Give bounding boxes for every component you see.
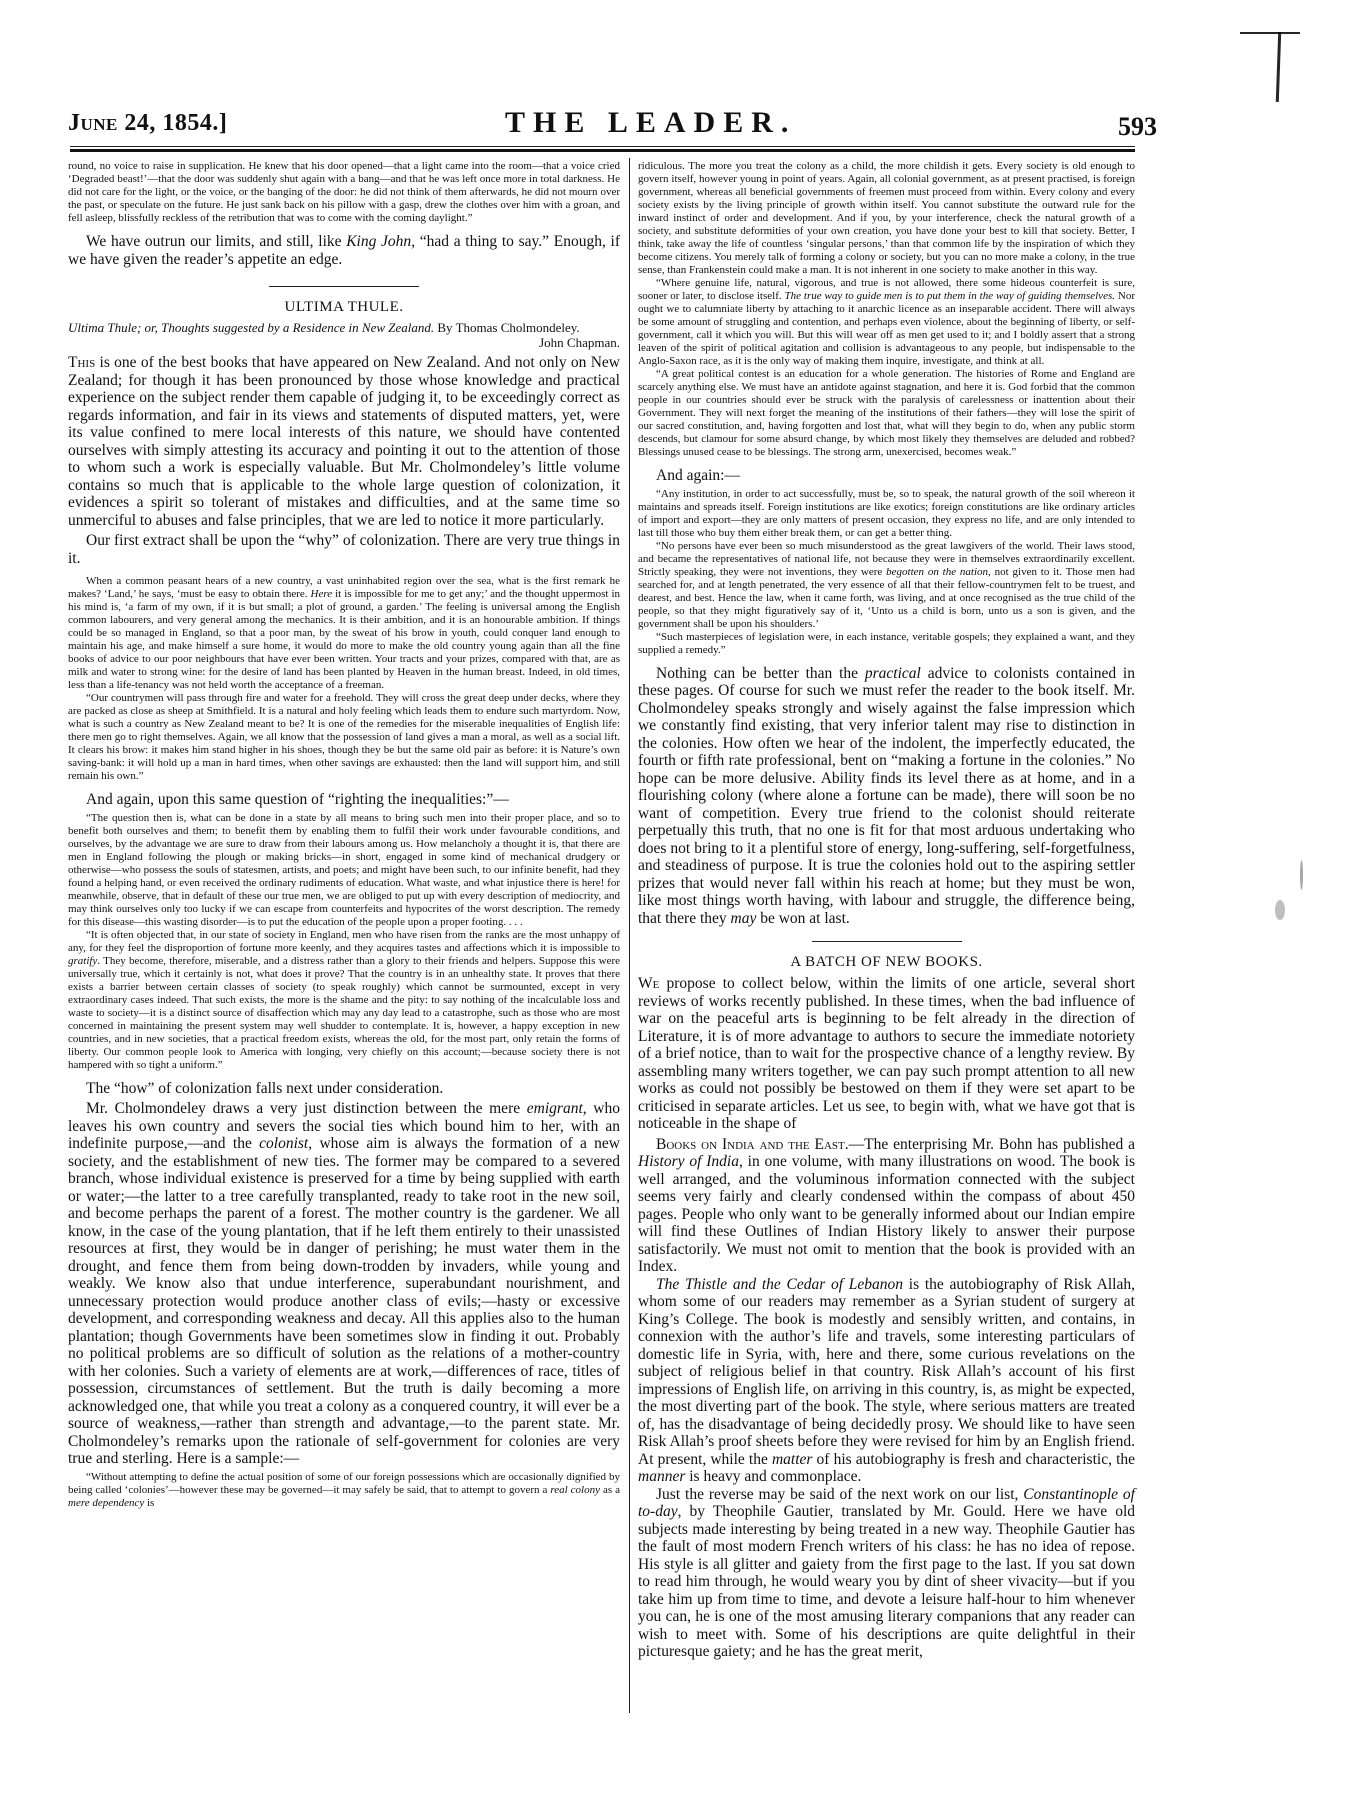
scan-artifact: [1240, 32, 1300, 34]
text-run: Just the reverse may be said of the next…: [656, 1486, 1023, 1503]
text-run-italic: practical: [865, 665, 921, 682]
issue-date-rest: 24, 1854.]: [118, 110, 228, 136]
section-divider: [812, 941, 962, 942]
closing-paragraph: We have outrun our limits, and still, li…: [68, 233, 620, 268]
text-run: it is impossible for me to get any;’ and…: [68, 588, 620, 691]
header-rule-thin: [70, 146, 1135, 147]
article-intro: This is one of the best books that have …: [68, 354, 620, 529]
extract-2: “Our countrymen will pass through fire a…: [68, 692, 620, 783]
review-india: Books on India and the East.—The enterpr…: [638, 1136, 1135, 1276]
paragraph-distinction: Mr. Cholmondeley draws a very just disti…: [68, 1100, 620, 1468]
extract-genuine-life: “Where genuine life, natural, vigorous, …: [638, 277, 1135, 368]
scan-artifact: [1276, 32, 1281, 102]
continued-extract: round, no voice to raise in supplication…: [68, 160, 620, 225]
paragraph-why: Our first extract shall be upon the “why…: [68, 532, 620, 567]
intro-cap: This: [68, 354, 95, 371]
text-run-italic: emigrant: [527, 1100, 583, 1117]
text-run: of his autobiography is fresh and charac…: [812, 1451, 1135, 1468]
text-run: be won at last.: [756, 910, 849, 927]
paragraph-again: And again, upon this same question of “r…: [68, 791, 620, 809]
text-run-italic: real colony: [550, 1484, 600, 1496]
book-title: Ultima Thule; or, Thoughts suggested by …: [68, 320, 434, 335]
text-run: . They become, therefore, miserable, and…: [68, 955, 620, 1071]
left-column: round, no voice to raise in supplication…: [68, 160, 620, 1510]
scan-artifact: [1275, 900, 1285, 920]
paragraph-how: The “how” of colonization falls next und…: [68, 1080, 620, 1098]
text-run: is: [144, 1497, 154, 1509]
review-heading: Books on India and the East.: [656, 1136, 849, 1153]
text-run: —The enterprising Mr. Bohn has published…: [849, 1136, 1135, 1153]
text-run: propose to collect below, within the lim…: [638, 975, 1135, 1132]
extract-1: When a common peasant hears of a new cou…: [68, 575, 620, 692]
newspaper-title: THE LEADER.: [505, 106, 796, 140]
text-run: , by Theophile Gautier, translated by Mr…: [638, 1503, 1135, 1660]
text-run-italic: may: [731, 910, 757, 927]
text-run-italic: manner: [638, 1468, 685, 1485]
text-run-italic: King John: [346, 233, 411, 250]
text-run-italic: begotten on the nation: [886, 566, 988, 578]
section-divider: [269, 286, 419, 287]
intro-cap: We: [638, 975, 659, 992]
text-run-italic: Here: [311, 588, 333, 600]
scan-artifact: [1300, 860, 1303, 890]
text-run-italic: The true way to guide men is to put them…: [785, 290, 1115, 302]
text-run-italic: colonist: [259, 1135, 308, 1152]
text-run: , in one volume, with many illustrations…: [638, 1153, 1135, 1275]
batch-intro: We propose to collect below, within the …: [638, 975, 1135, 1133]
text-run-italic: History of India: [638, 1153, 739, 1170]
text-run: “It is often objected that, in our state…: [68, 929, 620, 954]
text-run-italic: gratify: [68, 955, 97, 967]
text-run: as a: [600, 1484, 620, 1496]
text-run: Nothing can be better than the: [656, 665, 865, 682]
article-title: A BATCH OF NEW BOOKS.: [638, 954, 1135, 971]
review-thistle: The Thistle and the Cedar of Lebanon is …: [638, 1276, 1135, 1486]
text-run: Mr. Cholmondeley draws a very just disti…: [86, 1100, 527, 1117]
review-gautier: Just the reverse may be said of the next…: [638, 1486, 1135, 1661]
text-run: We have outrun our limits, and still, li…: [86, 233, 346, 250]
header-rule-thick: [70, 149, 1135, 152]
issue-date: June 24, 1854.]: [68, 110, 227, 137]
article-byline: Ultima Thule; or, Thoughts suggested by …: [68, 320, 620, 335]
extract-continued: ridiculous. The more you treat the colon…: [638, 160, 1135, 277]
paragraph-practical: Nothing can be better than the practical…: [638, 665, 1135, 928]
text-run-italic: matter: [772, 1451, 812, 1468]
text-run: is heavy and commonplace.: [685, 1468, 861, 1485]
column-divider: [629, 158, 630, 1713]
extract-masterpieces: “Such masterpieces of legislation were, …: [638, 631, 1135, 657]
article-title: ULTIMA THULE.: [68, 299, 620, 316]
text-run: advice to colonists contained in these p…: [638, 665, 1135, 927]
text-run: , whose aim is always the formation of a…: [68, 1135, 620, 1467]
text-run: “Without attempting to define the actual…: [68, 1471, 620, 1496]
issue-date-month: June: [68, 110, 118, 136]
newspaper-page: June 24, 1854.] THE LEADER. 593 round, n…: [0, 0, 1351, 1801]
paragraph-and-again: And again:—: [638, 467, 1135, 485]
extract-institution: “Any institution, in order to act succes…: [638, 488, 1135, 540]
article-publisher: John Chapman.: [68, 335, 620, 350]
extract-lawgivers: “No persons have ever been so much misun…: [638, 540, 1135, 631]
text-run-italic: mere dependency: [68, 1497, 144, 1509]
extract-3: “The question then is, what can be done …: [68, 812, 620, 929]
extract-4: “It is often objected that, in our state…: [68, 929, 620, 1072]
text-run: is the autobiography of Risk Allah, whom…: [638, 1276, 1135, 1468]
text-run-italic: The Thistle and the Cedar of Lebanon: [656, 1276, 903, 1293]
right-column: ridiculous. The more you treat the colon…: [638, 160, 1135, 1661]
page-number: 593: [1118, 112, 1157, 142]
text-run: is one of the best books that have appea…: [68, 354, 620, 529]
extract-5: “Without attempting to define the actual…: [68, 1471, 620, 1510]
extract-political-contest: “A great political contest is an educati…: [638, 368, 1135, 459]
book-author: By Thomas Cholmondeley.: [434, 320, 580, 335]
